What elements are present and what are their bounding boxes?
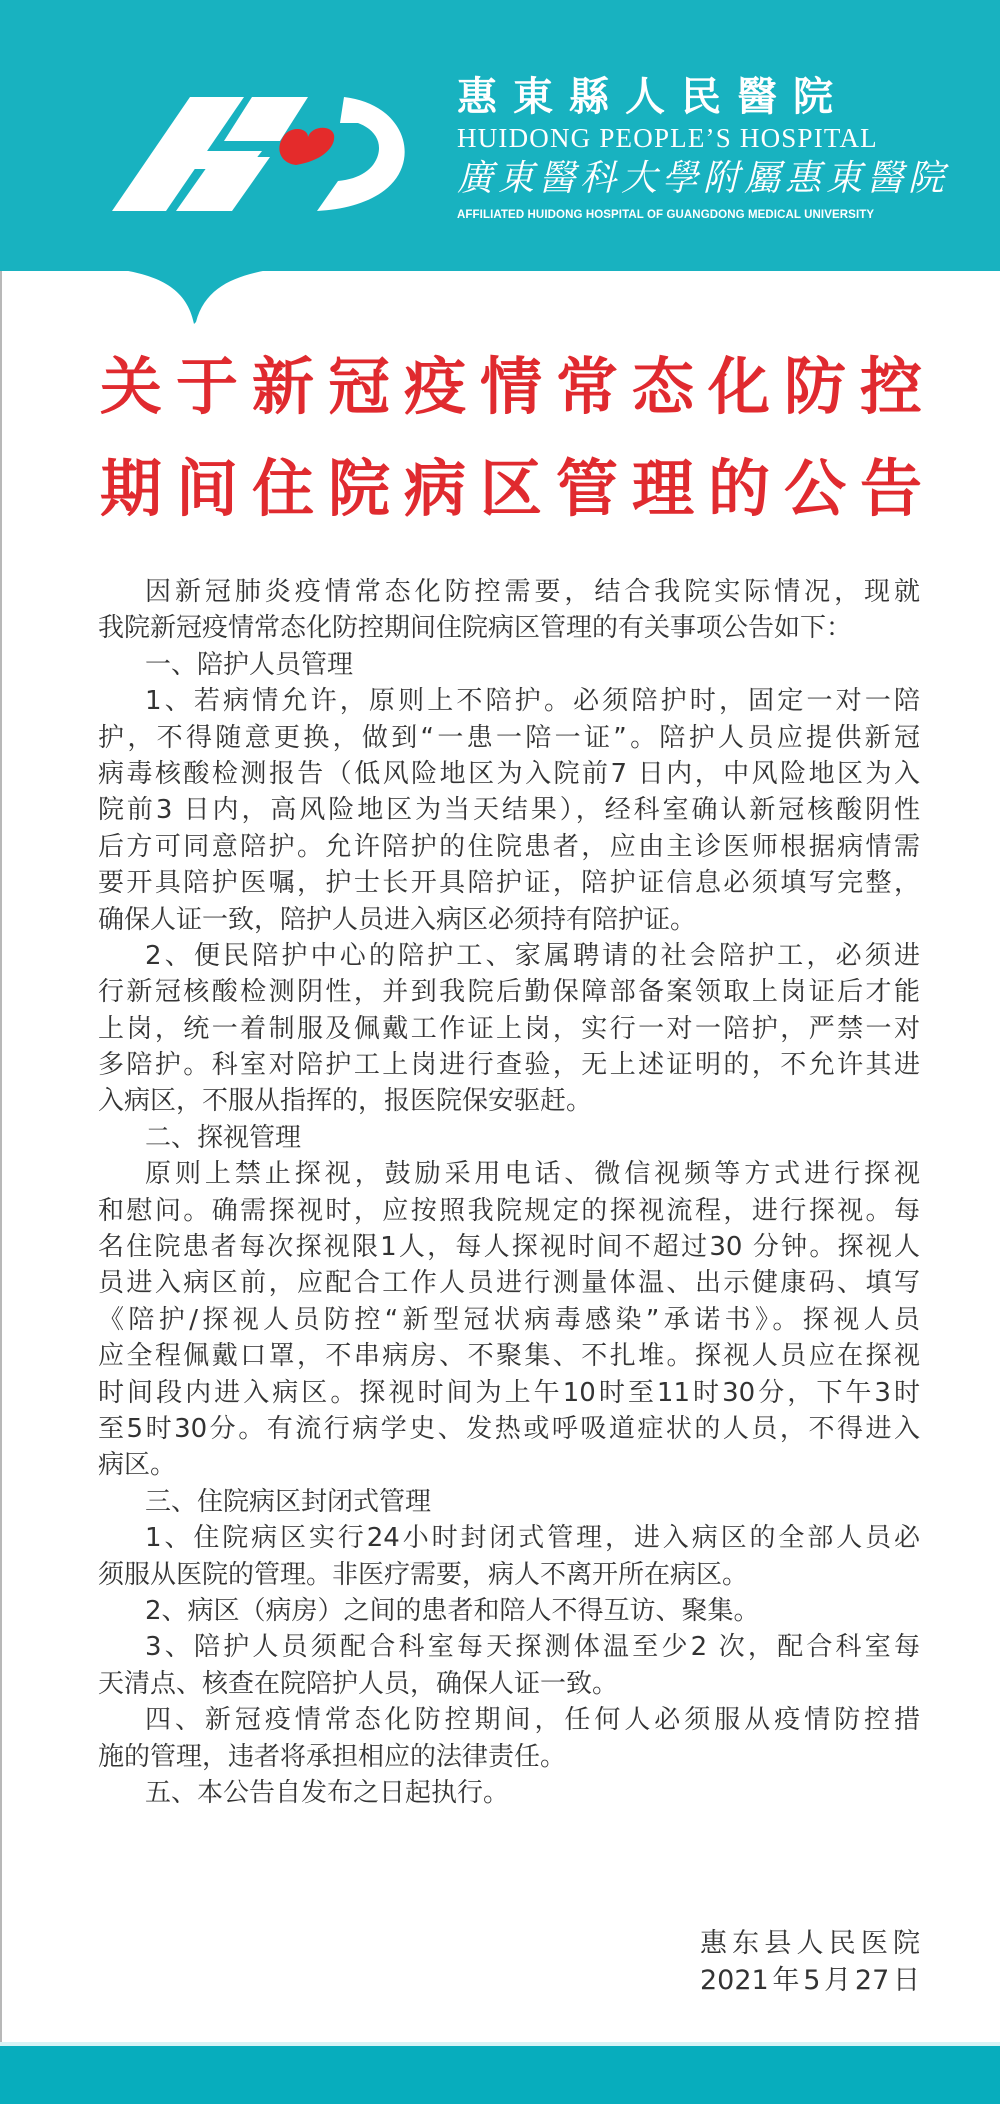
hospital-logo-icon bbox=[112, 85, 412, 215]
body-line: 施的管理，违者将承担相应的法律责任。 bbox=[98, 1739, 920, 1775]
body-line: 2、便民陪护中心的陪护工、家属聘请的社会陪护工，必须进 bbox=[98, 938, 920, 974]
body-line: 至5时30分。有流行病学史、发热或呼吸道症状的人员，不得进入 bbox=[98, 1411, 920, 1447]
notice-title-line-2: 期间住院病区管理的公告 bbox=[100, 454, 900, 524]
body-line: 二、探视管理 bbox=[98, 1120, 920, 1156]
body-line: 天清点、核查在院陪护人员，确保人证一致。 bbox=[98, 1666, 920, 1702]
body-line: 院前3 日内，高风险地区为当天结果），经科室确认新冠核酸阴性 bbox=[98, 792, 920, 828]
body-line: 《陪护/探视人员防控“新型冠状病毒感染”承诺书》。探视人员 bbox=[98, 1302, 920, 1338]
body-line: 名住院患者每次探视限1人，每人探视时间不超过30 分钟。探视人 bbox=[98, 1229, 920, 1265]
signature-block: 惠东县人民医院 2021年5月27日 bbox=[700, 1925, 920, 1999]
body-line: 我院新冠疫情常态化防控期间住院病区管理的有关事项公告如下： bbox=[98, 610, 920, 646]
notice-body: 因新冠肺炎疫情常态化防控需要，结合我院实际情况，现就我院新冠疫情常态化防控期间住… bbox=[98, 574, 920, 1811]
body-line: 行新冠核酸检测阴性，并到我院后勤保障部备案领取上岗证后才能 bbox=[98, 974, 920, 1010]
body-line: 确保人证一致，陪护人员进入病区必须持有陪护证。 bbox=[98, 902, 920, 938]
body-line: 和慰问。确需探视时，应按照我院规定的探视流程，进行探视。每 bbox=[98, 1193, 920, 1229]
body-line: 时间段内进入病区。探视时间为上午10时至11时30分，下午3时 bbox=[98, 1375, 920, 1411]
body-line: 要开具陪护医嘱，护士长开具陪护证，陪护证信息必须填写完整， bbox=[98, 865, 920, 901]
hospital-affiliation-cn: 廣東醫科大學附屬惠東醫院 bbox=[457, 156, 887, 202]
banner-drop-ornament bbox=[110, 268, 280, 324]
body-line: 应全程佩戴口罩，不串病房、不聚集、不扎堆。探视人员应在探视 bbox=[98, 1338, 920, 1374]
hospital-name-block: 惠東縣人民醫院 HUIDONG PEOPLE’S HOSPITAL 廣東醫科大學… bbox=[457, 74, 887, 224]
body-line: 多陪护。科室对陪护工上岗进行查验，无上述证明的，不允许其进 bbox=[98, 1047, 920, 1083]
body-line: 一、陪护人员管理 bbox=[98, 647, 920, 683]
body-line: 原则上禁止探视，鼓励采用电话、微信视频等方式进行探视 bbox=[98, 1156, 920, 1192]
header-banner: 惠東縣人民醫院 HUIDONG PEOPLE’S HOSPITAL 廣東醫科大學… bbox=[0, 0, 1000, 271]
signature-date: 2021年5月27日 bbox=[700, 1962, 920, 1999]
footer-banner bbox=[0, 2046, 1000, 2104]
body-line: 3、陪护人员须配合科室每天探测体温至少2 次，配合科室每 bbox=[98, 1629, 920, 1665]
body-line: 1、住院病区实行24小时封闭式管理，进入病区的全部人员必 bbox=[98, 1520, 920, 1556]
hospital-name-cn: 惠東縣人民醫院 bbox=[457, 74, 887, 120]
body-line: 五、本公告自发布之日起执行。 bbox=[98, 1775, 920, 1811]
body-line: 后方可同意陪护。允许陪护的住院患者，应由主诊医师根据病情需 bbox=[98, 829, 920, 865]
body-line: 须服从医院的管理。非医疗需要，病人不离开所在病区。 bbox=[98, 1557, 920, 1593]
hospital-affiliation-en: AFFILIATED HUIDONG HOSPITAL OF GUANGDONG… bbox=[457, 206, 887, 224]
body-line: 2、病区（病房）之间的患者和陪人不得互访、聚集。 bbox=[98, 1593, 920, 1629]
body-line: 1、若病情允许，原则上不陪护。必须陪护时，固定一对一陪 bbox=[98, 683, 920, 719]
hospital-name-en: HUIDONG PEOPLE’S HOSPITAL bbox=[457, 122, 887, 154]
body-line: 三、住院病区封闭式管理 bbox=[98, 1484, 920, 1520]
page-left-border bbox=[0, 271, 2, 2046]
body-line: 病毒核酸检测报告（低风险地区为入院前7 日内，中风险地区为入 bbox=[98, 756, 920, 792]
body-line: 护，不得随意更换，做到“一患一陪一证”。陪护人员应提供新冠 bbox=[98, 720, 920, 756]
signature-organization: 惠东县人民医院 bbox=[700, 1925, 920, 1962]
body-line: 员进入病区前，应配合工作人员进行测量体温、出示健康码、填写 bbox=[98, 1265, 920, 1301]
body-line: 入病区，不服从指挥的，报医院保安驱赶。 bbox=[98, 1083, 920, 1119]
notice-title-line-1: 关于新冠疫情常态化防控 bbox=[100, 352, 900, 422]
body-line: 因新冠肺炎疫情常态化防控需要，结合我院实际情况，现就 bbox=[98, 574, 920, 610]
body-line: 上岗，统一着制服及佩戴工作证上岗，实行一对一陪护，严禁一对 bbox=[98, 1011, 920, 1047]
body-line: 四、新冠疫情常态化防控期间，任何人必须服从疫情防控措 bbox=[98, 1702, 920, 1738]
body-line: 病区。 bbox=[98, 1447, 920, 1483]
